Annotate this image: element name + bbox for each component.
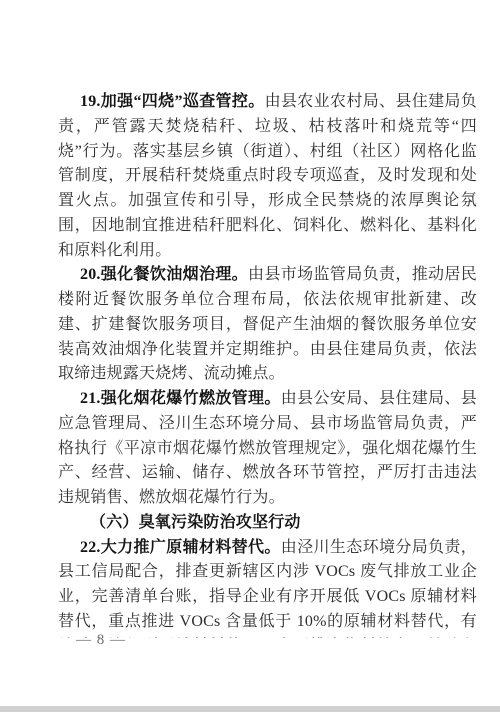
section-heading-6: （六）臭氧污染防治攻坚行动 [58,511,477,536]
paragraph-19-text: 由县农业农村局、县住建局负责，严管露天焚烧秸秆、垃圾、枯枝落叶和烧荒等“四烧”行… [58,93,477,259]
paragraph-21: 21.强化烟花爆竹燃放管理。由县公安局、县住建局、县应急管理局、泾川生态环境分局… [58,387,477,511]
paragraph-20-heading: 20.强化餐饮油烟治理。 [80,266,248,283]
paragraph-19-heading: 19.加强“四烧”巡查管控。 [80,93,265,110]
page-number: — 8 — [76,633,126,648]
paragraph-20: 20.强化餐饮油烟治理。由县市场监管局负责，推动居民楼附近餐饮服务单位合理布局，… [58,263,477,387]
scan-edge-strip [0,706,500,712]
document-body: 19.加强“四烧”巡查管控。由县农业农村局、县住建局负责，严管露天焚烧秸秆、垃圾… [58,90,477,638]
section-heading-6-text: （六）臭氧污染防治攻坚行动 [90,514,301,531]
paragraph-21-heading: 21.强化烟花爆竹燃放管理。 [80,390,281,407]
paragraph-21-text: 由县公安局、县住建局、县应急管理局、泾川生态环境分局、县市场监管局负责，严格执行… [58,390,477,506]
document-page: 19.加强“四烧”巡查管控。由县农业农村局、县住建局负责，严管露天焚烧秸秆、垃圾… [0,0,500,712]
paragraph-20-text: 由县市场监管局负责，推动居民楼附近餐饮服务单位合理布局，依法依规审批新建、改建、… [58,266,477,382]
paragraph-19: 19.加强“四烧”巡查管控。由县农业农村局、县住建局负责，严管露天焚烧秸秆、垃圾… [58,90,477,263]
paragraph-22-heading: 22.大力推广原辅材料替代。 [80,539,281,556]
paragraph-22: 22.大力推广原辅材料替代。由泾川生态环境分局负责，县工信局配合，排查更新辖区内… [58,536,477,639]
